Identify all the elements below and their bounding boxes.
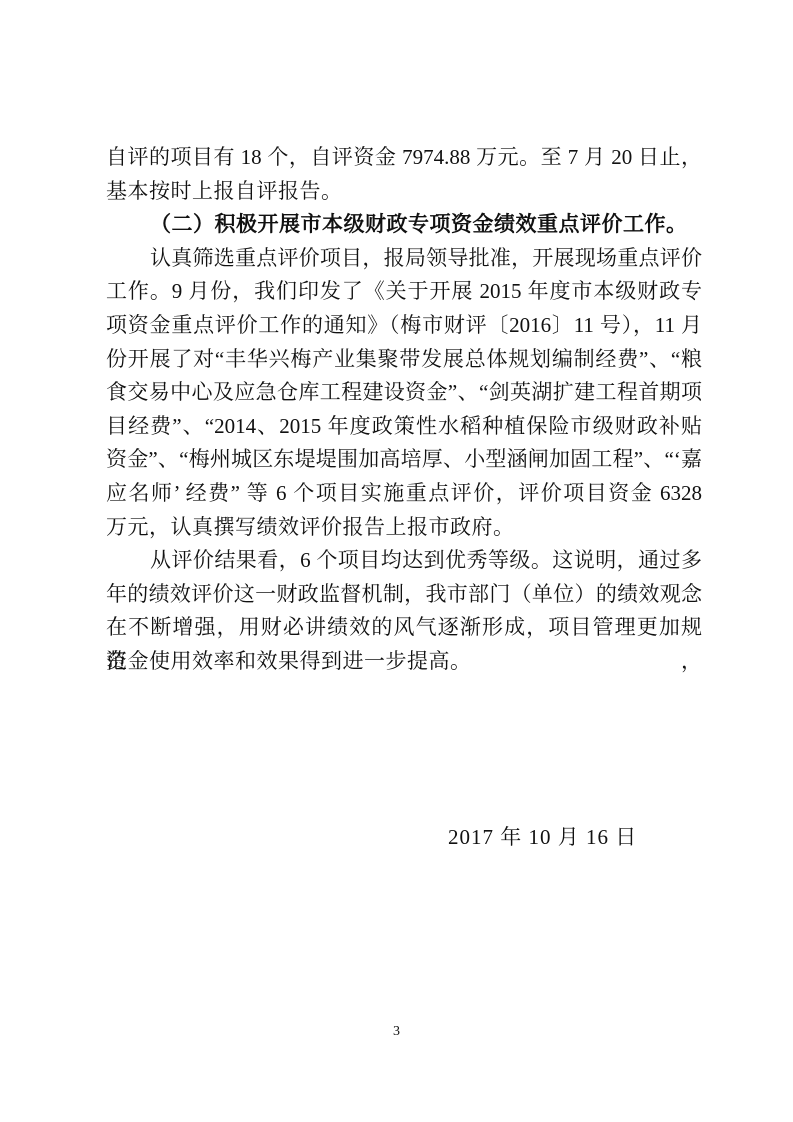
document-body: 自评的项目有 18 个，自评资金 7974.88 万元。至 7 月 20 日止，…	[106, 141, 702, 679]
text-line: 份开展了对“丰华兴梅产业集聚带发展总体规划编制经费”、“粮	[106, 343, 702, 377]
text-line: 工作。9 月份，我们印发了《关于开展 2015 年度市本级财政专	[106, 275, 702, 309]
text-line: 年的绩效评价这一财政监督机制，我市部门（单位）的绩效观念	[106, 578, 702, 612]
text-line: 应名师’ 经费” 等 6 个项目实施重点评价，评价项目资金 6328	[106, 477, 702, 511]
text-line: 资金”、“梅州城区东堤堤围加高培厚、小型涵闸加固工程”、“‘嘉	[106, 443, 702, 477]
text-line: 项资金重点评价工作的通知》（梅市财评〔2016〕11 号），11 月	[106, 309, 702, 343]
text-line: 自评的项目有 18 个，自评资金 7974.88 万元。至 7 月 20 日止，	[106, 141, 702, 175]
text-line: 在不断增强，用财必讲绩效的风气逐渐形成，项目管理更加规范，	[106, 611, 702, 645]
text-line: 目经费”、“2014、2015 年度政策性水稻种植保险市级财政补贴	[106, 410, 702, 444]
section-heading: （二）积极开展市本级财政专项资金绩效重点评价工作。	[106, 208, 702, 242]
text-line: 认真筛选重点评价项目，报局领导批准，开展现场重点评价	[106, 242, 702, 276]
text-line: 基本按时上报自评报告。	[106, 175, 702, 209]
page-number: 3	[0, 1022, 793, 1042]
document-date: 2017 年 10 月 16 日	[448, 820, 637, 854]
text-line: 从评价结果看，6 个项目均达到优秀等级。这说明，通过多	[106, 544, 702, 578]
text-line: 万元，认真撰写绩效评价报告上报市政府。	[106, 511, 702, 545]
text-line: 食交易中心及应急仓库工程建设资金”、“剑英湖扩建工程首期项	[106, 376, 702, 410]
document-page: 自评的项目有 18 个，自评资金 7974.88 万元。至 7 月 20 日止，…	[0, 0, 793, 1122]
